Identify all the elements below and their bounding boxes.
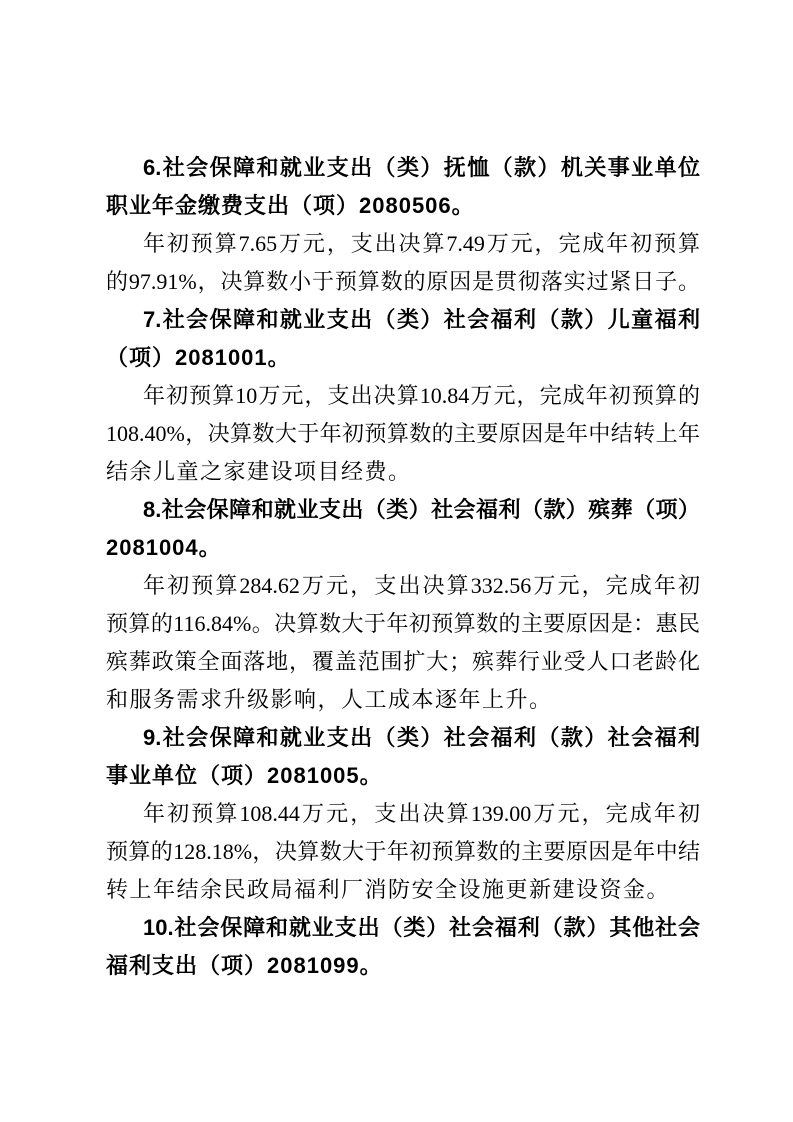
section-body-line: 转上年结余民政局福利厂消防安全设施更新建设资金。: [106, 871, 700, 909]
section-body-line: 预算的116.84%。决算数大于年初预算数的主要原因是：惠民: [106, 605, 700, 643]
section-heading-line: 8.社会保障和就业支出（类）社会福利（款）殡葬（项）: [106, 491, 700, 529]
document-body: 6.社会保障和就业支出（类）抚恤（款）机关事业单位职业年金缴费支出（项）2080…: [106, 149, 700, 985]
section-body-line: 年初预算7.65万元，支出决算7.49万元，完成年初预算: [106, 225, 700, 263]
section-body-line: 的97.91%，决算数小于预算数的原因是贯彻落实过紧日子。: [106, 263, 700, 301]
section-body-line: 年初预算284.62万元，支出决算332.56万元，完成年初: [106, 567, 700, 605]
section-body-line: 年初预算10万元，支出决算10.84万元，完成年初预算的: [106, 377, 700, 415]
section-heading-line: （项）2081001。: [106, 339, 700, 377]
document-page: 6.社会保障和就业支出（类）抚恤（款）机关事业单位职业年金缴费支出（项）2080…: [0, 0, 793, 1122]
section-body-line: 预算的128.18%，决算数大于年初预算数的主要原因是年中结: [106, 833, 700, 871]
section-body-line: 年初预算108.44万元，支出决算139.00万元，完成年初: [106, 795, 700, 833]
section-heading-line: 职业年金缴费支出（项）2080506。: [106, 187, 700, 225]
section-heading-line: 7.社会保障和就业支出（类）社会福利（款）儿童福利: [106, 301, 700, 339]
section-heading-line: 福利支出（项）2081099。: [106, 947, 700, 985]
section-heading-line: 2081004。: [106, 529, 700, 567]
section-body-line: 结余儿童之家建设项目经费。: [106, 453, 700, 491]
section-heading-line: 事业单位（项）2081005。: [106, 757, 700, 795]
section-body-line: 108.40%，决算数大于年初预算数的主要原因是年中结转上年: [106, 415, 700, 453]
section-heading-line: 10.社会保障和就业支出（类）社会福利（款）其他社会: [106, 909, 700, 947]
section-heading-line: 6.社会保障和就业支出（类）抚恤（款）机关事业单位: [106, 149, 700, 187]
section-body-line: 殡葬政策全面落地，覆盖范围扩大；殡葬行业受人口老龄化: [106, 643, 700, 681]
section-body-line: 和服务需求升级影响，人工成本逐年上升。: [106, 681, 700, 719]
section-heading-line: 9.社会保障和就业支出（类）社会福利（款）社会福利: [106, 719, 700, 757]
